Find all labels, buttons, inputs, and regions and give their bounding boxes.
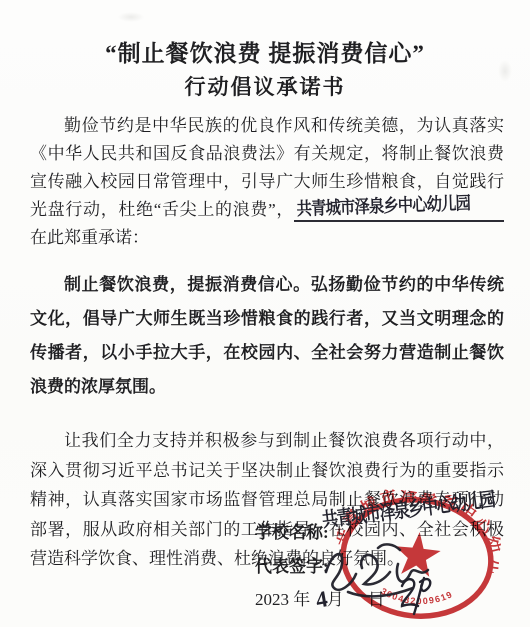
scan-smudge bbox=[498, 60, 512, 82]
scan-smudge bbox=[118, 12, 144, 22]
handwritten-school-name-inline: 共青城市泽泉乡中心幼儿园 bbox=[296, 193, 470, 219]
handwritten-day-scribble bbox=[396, 572, 440, 618]
handwritten-school-name-inline-underline: 共青城市泽泉乡中心幼儿园 bbox=[294, 199, 504, 222]
paragraph-1: 勤俭节约是中华民族的优良作风和传统美德，为认真落实《中华人民共和国反食品浪费法》… bbox=[30, 112, 504, 252]
document-title-line2: 行动倡议承诺书 bbox=[0, 72, 530, 102]
document-title-line1: “制止餐饮浪费 提振消费信心” bbox=[0, 38, 530, 70]
date-year: 2023 年 bbox=[255, 590, 310, 609]
paragraph-1-suffix: 在此郑重承诺： bbox=[30, 228, 149, 247]
document-page: “制止餐饮浪费 提振消费信心” 行动倡议承诺书 勤俭节约是中华民族的优良作风和传… bbox=[0, 0, 530, 627]
document-title-block: “制止餐饮浪费 提振消费信心” 行动倡议承诺书 bbox=[0, 38, 530, 102]
paragraph-2: 制止餐饮浪费，提振消费信心。弘扬勤俭节约的中华传统文化，倡导广大师生既当珍惜粮食… bbox=[30, 268, 504, 404]
